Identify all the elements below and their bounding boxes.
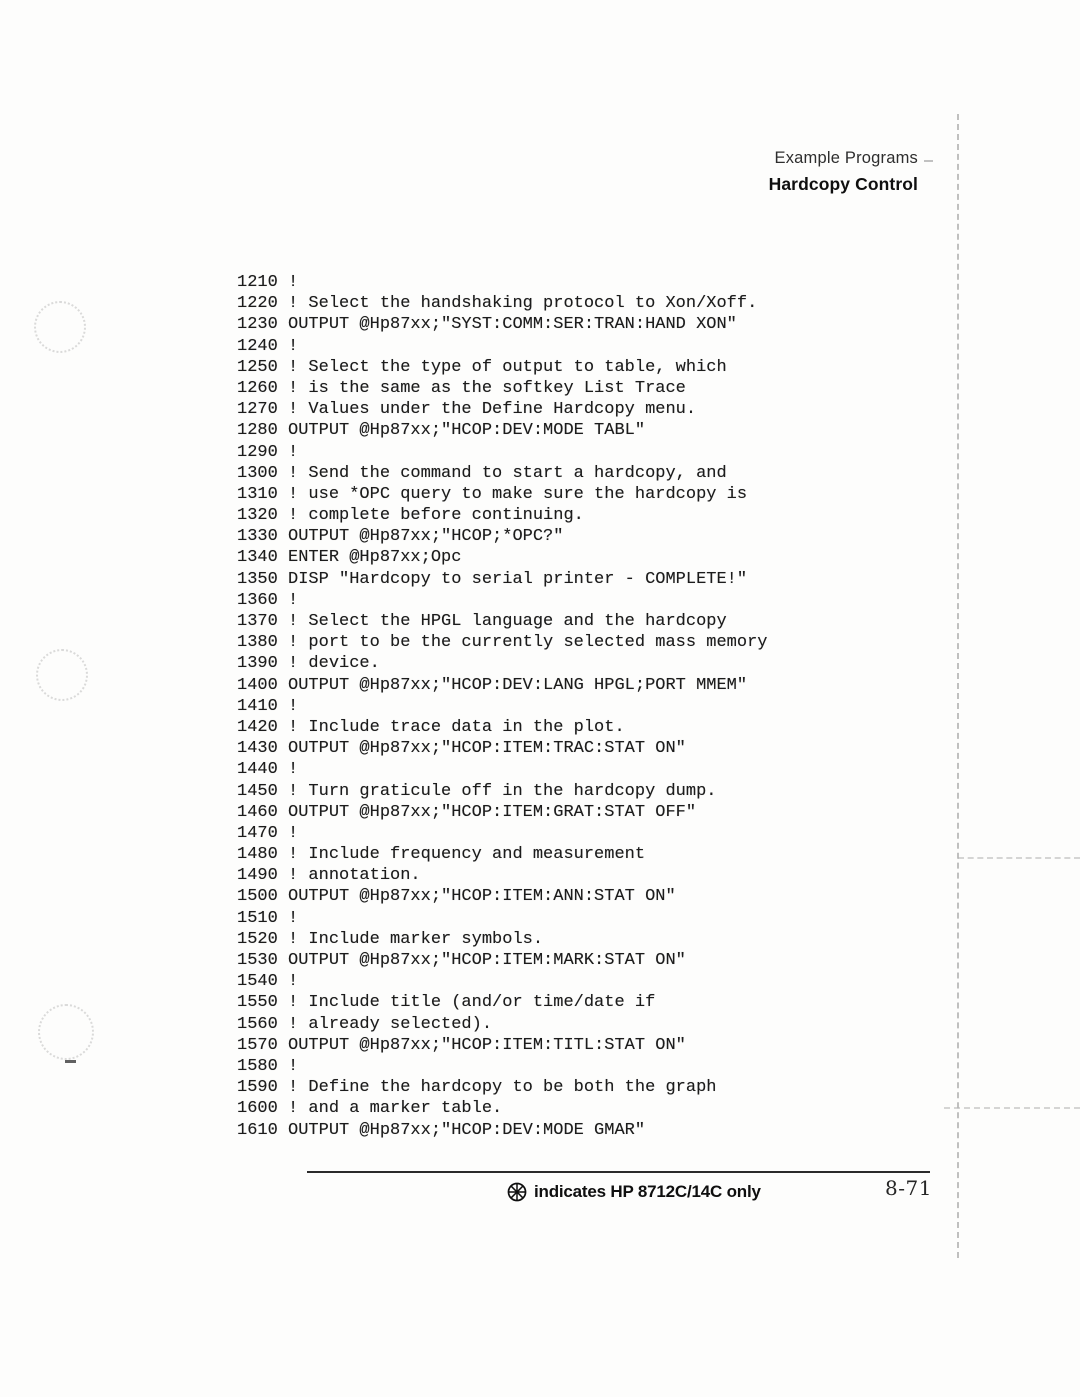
page-number: 8-71 [885,1176,932,1200]
footer-note: indicates HP 8712C/14C only [506,1181,761,1203]
code-line: 1590 ! Define the hardcopy to be both th… [237,1077,768,1098]
section-title: Hardcopy Control [769,172,918,196]
code-line: 1460 OUTPUT @Hp87xx;"HCOP:ITEM:GRAT:STAT… [237,802,768,823]
code-line: 1370 ! Select the HPGL language and the … [237,611,768,632]
code-line: 1470 ! [237,823,768,844]
code-line: 1610 OUTPUT @Hp87xx;"HCOP:DEV:MODE GMAR" [237,1120,768,1141]
code-line: 1510 ! [237,908,768,929]
code-line: 1420 ! Include trace data in the plot. [237,717,768,738]
code-line: 1450 ! Turn graticule off in the hardcop… [237,781,768,802]
vertical-dotted-fold-line [957,114,959,1258]
horizontal-dash-artifact [944,1107,1080,1109]
code-line: 1320 ! complete before continuing. [237,505,768,526]
code-line: 1530 OUTPUT @Hp87xx;"HCOP:ITEM:MARK:STAT… [237,950,768,971]
code-line: 1230 OUTPUT @Hp87xx;"SYST:COMM:SER:TRAN:… [237,314,768,335]
scan-smudge-artifact [65,1060,76,1063]
code-line: 1220 ! Select the handshaking protocol t… [237,293,768,314]
code-line: 1430 OUTPUT @Hp87xx;"HCOP:ITEM:TRAC:STAT… [237,738,768,759]
page-header: Example Programs Hardcopy Control [769,148,918,196]
code-line: 1270 ! Values under the Define Hardcopy … [237,399,768,420]
code-line: 1350 DISP "Hardcopy to serial printer - … [237,569,768,590]
horizontal-dash-artifact [958,857,1080,859]
code-line: 1570 OUTPUT @Hp87xx;"HCOP:ITEM:TITL:STAT… [237,1035,768,1056]
scan-smudge-artifact [924,160,933,162]
breadcrumb: Example Programs [769,148,918,168]
code-line: 1580 ! [237,1056,768,1077]
code-line: 1490 ! annotation. [237,865,768,886]
code-line: 1540 ! [237,971,768,992]
code-line: 1240 ! [237,336,768,357]
punch-hole-artifact [36,649,88,701]
code-line: 1280 OUTPUT @Hp87xx;"HCOP:DEV:MODE TABL" [237,420,768,441]
punch-hole-artifact [38,1004,94,1060]
code-line: 1360 ! [237,590,768,611]
code-line: 1480 ! Include frequency and measurement [237,844,768,865]
footer-note-text: indicates HP 8712C/14C only [534,1182,761,1202]
code-line: 1520 ! Include marker symbols. [237,929,768,950]
punch-hole-artifact [34,301,86,353]
code-line: 1550 ! Include title (and/or time/date i… [237,992,768,1013]
code-line: 1210 ! [237,272,768,293]
code-line: 1500 OUTPUT @Hp87xx;"HCOP:ITEM:ANN:STAT … [237,886,768,907]
circled-asterisk-icon [506,1181,528,1203]
code-line: 1560 ! already selected). [237,1014,768,1035]
manual-page: Example Programs Hardcopy Control 1210 !… [0,0,1080,1397]
code-line: 1600 ! and a marker table. [237,1098,768,1119]
code-line: 1410 ! [237,696,768,717]
code-listing: 1210 !1220 ! Select the handshaking prot… [237,272,768,1141]
code-line: 1380 ! port to be the currently selected… [237,632,768,653]
code-line: 1390 ! device. [237,653,768,674]
code-line: 1400 OUTPUT @Hp87xx;"HCOP:DEV:LANG HPGL;… [237,675,768,696]
code-line: 1340 ENTER @Hp87xx;Opc [237,547,768,568]
code-line: 1250 ! Select the type of output to tabl… [237,357,768,378]
code-line: 1260 ! is the same as the softkey List T… [237,378,768,399]
code-line: 1330 OUTPUT @Hp87xx;"HCOP;*OPC?" [237,526,768,547]
footer-rule [307,1171,930,1173]
code-line: 1300 ! Send the command to start a hardc… [237,463,768,484]
code-line: 1310 ! use *OPC query to make sure the h… [237,484,768,505]
code-line: 1440 ! [237,759,768,780]
code-line: 1290 ! [237,442,768,463]
